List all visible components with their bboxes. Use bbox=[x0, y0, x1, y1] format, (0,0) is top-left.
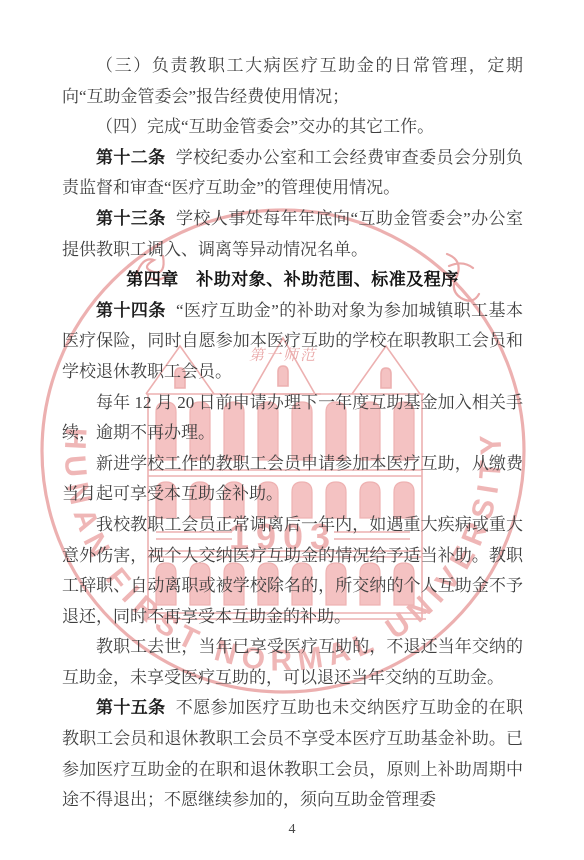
paragraph: 新进学校工作的教职工会员申请参加本医疗互助，从缴费当月起可享受本互助金补助。 bbox=[62, 449, 523, 510]
paragraph: 第十四条“医疗互助金”的补助对象为参加城镇职工基本医疗保险，同时自愿参加本医疗互… bbox=[62, 296, 523, 388]
page-canvas: HUNAN FIRST NORMAL UNIVERSITY 第一师范 bbox=[0, 0, 584, 860]
paragraph: 教职工去世，当年已享受医疗互助的，不退还当年交纳的互助金，未享受医疗互助的，可以… bbox=[62, 632, 523, 693]
chapter-heading: 第四章 补助对象、补助范围、标准及程序 bbox=[62, 265, 523, 296]
paragraph: 第十五条不愿参加医疗互助也未交纳医疗互助金的在职教职工会员和退休教职工会员不享受… bbox=[62, 693, 523, 815]
paragraph: 第十三条学校人事处每年年底向“互助金管委会”办公室提供教职工调入、调离等异动情况… bbox=[62, 204, 523, 265]
page-footer: 4 bbox=[0, 822, 584, 838]
article-number: 第十三条 bbox=[96, 209, 166, 228]
article-number: 第十四条 bbox=[96, 301, 166, 320]
paragraph: 每年 12 月 20 日前申请办理下一年度互助基金加入相关手续，逾期不再办理。 bbox=[62, 388, 523, 449]
article-number: 第十二条 bbox=[96, 148, 166, 167]
paragraph: （三）负责教职工大病医疗互助金的日常管理，定期向“互助金管委会”报告经费使用情况… bbox=[62, 51, 523, 112]
paragraph: 第十二条学校纪委办公室和工会经费审查委员会分别负责监督和审查“医疗互助金”的管理… bbox=[62, 143, 523, 204]
page-number: 4 bbox=[289, 822, 296, 837]
document-body: （三）负责教职工大病医疗互助金的日常管理，定期向“互助金管委会”报告经费使用情况… bbox=[62, 51, 523, 816]
document-page: { "document": { "page_number": "4", "con… bbox=[0, 0, 584, 860]
article-number: 第十五条 bbox=[96, 698, 166, 717]
paragraph: 我校教职工会员正常调离后一年内，如遇重大疾病或重大意外伤害，视个人交纳医疗互助金… bbox=[62, 510, 523, 632]
paragraph: （四）完成“互助金管委会”交办的其它工作。 bbox=[62, 112, 523, 143]
